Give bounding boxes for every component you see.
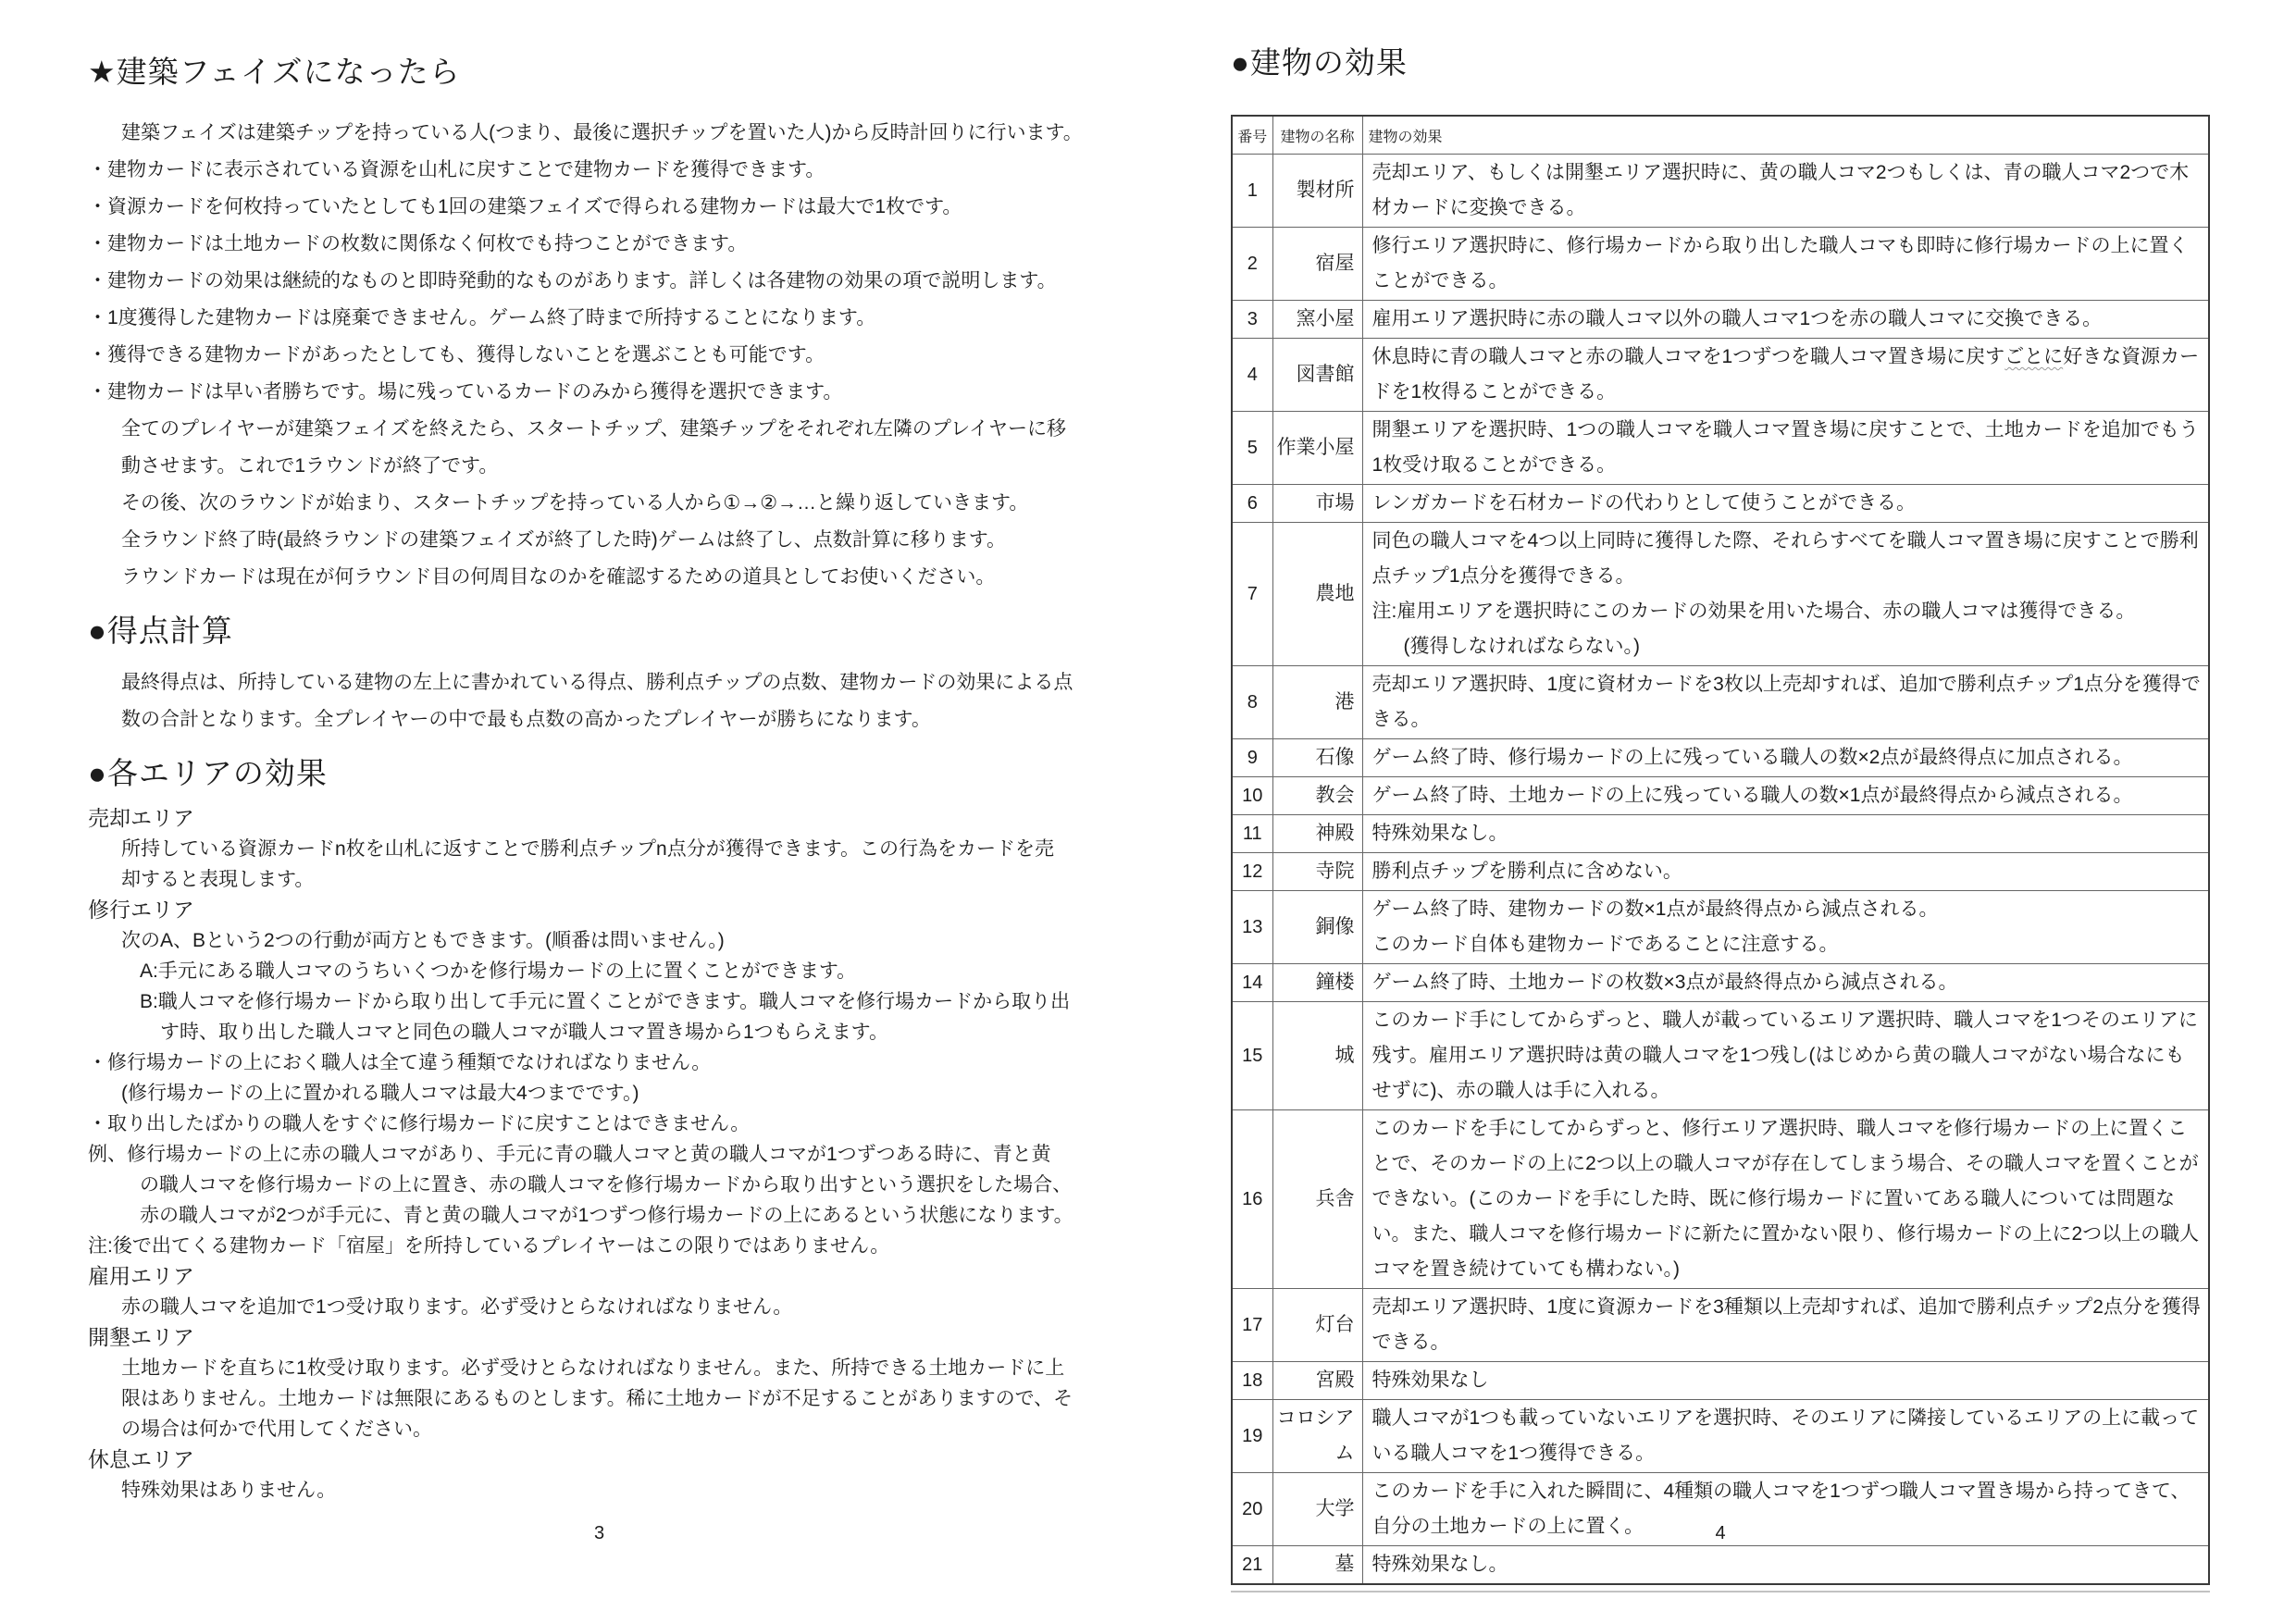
cell-building-effect: ゲーム終了時、建物カードの数×1点が最終得点から減点される。このカード自体も建物… xyxy=(1362,891,2209,964)
text-line: 全てのプレイヤーが建築フェイズを終えたら、スタートチップ、建築チップをそれぞれ左… xyxy=(88,411,1111,448)
cell-number: 19 xyxy=(1232,1400,1272,1473)
text-line: 全ラウンド終了時(最終ラウンドの建築フェイズが終了した時)ゲームは終了し、点数計… xyxy=(88,522,1111,559)
text-line: ・建物カードの効果は継続的なものと即時発動的なものがあります。詳しくは各建物の効… xyxy=(88,263,1111,300)
text-line: ・1度獲得した建物カードは廃棄できません。ゲーム終了時まで所持することになります… xyxy=(88,300,1111,337)
text-line: 最終得点は、所持している建物の左上に書かれている得点、勝利点チップの点数、建物カ… xyxy=(88,664,1111,701)
cell-number: 10 xyxy=(1232,777,1272,815)
area-label: 雇用エリア xyxy=(88,1261,1111,1292)
table-row: 11神殿特殊効果なし。 xyxy=(1232,815,2209,853)
cell-building-name: 石像 xyxy=(1272,739,1362,777)
text-line: ・取り出したばかりの職人をすぐに修行場カードに戻すことはできません。 xyxy=(88,1109,1111,1139)
effect-paragraph: ゲーム終了時、建物カードの数×1点が最終得点から減点される。 xyxy=(1372,892,2203,927)
area-label: 開墾エリア xyxy=(88,1322,1111,1353)
text-line: 特殊効果はありません。 xyxy=(88,1475,1111,1506)
table-row: 14鐘楼ゲーム終了時、土地カードの枚数×3点が最終得点から減点される。 xyxy=(1232,964,2209,1002)
cell-building-effect: 開墾エリアを選択時、1つの職人コマを職人コマ置き場に戻すことで、土地カードを追加… xyxy=(1362,412,2209,485)
cell-building-name: 市場 xyxy=(1272,485,1362,523)
text-line: ・獲得できる建物カードがあったとしても、獲得しないことを選ぶことも可能です。 xyxy=(88,337,1111,374)
section-scoring: ●得点計算最終得点は、所持している建物の左上に書かれている得点、勝利点チップの点… xyxy=(88,613,1111,738)
cell-building-effect: このカード手にしてからずっと、職人が載っているエリア選択時、職人コマを1つそのエ… xyxy=(1362,1002,2209,1110)
cell-building-effect: 同色の職人コマを4つ以上同時に獲得した際、それらすべてを職人コマ置き場に戻すこと… xyxy=(1362,523,2209,666)
effect-paragraph: (獲得しなければならない。) xyxy=(1372,629,2203,664)
table-row: 13銅像ゲーム終了時、建物カードの数×1点が最終得点から減点される。このカード自… xyxy=(1232,891,2209,964)
table-row: 9石像ゲーム終了時、修行場カードの上に残っている職人の数×2点が最終得点に加点さ… xyxy=(1232,739,2209,777)
text-line: (修行場カードの上に置かれる職人コマは最大4つまでです。) xyxy=(88,1078,1111,1109)
cell-building-effect: 売却エリア選択時、1度に資材カードを3枚以上売却すれば、追加で勝利点チップ1点分… xyxy=(1362,666,2209,739)
table-row: 4図書館休息時に青の職人コマと赤の職人コマを1つずつを職人コマ置き場に戻すごとに… xyxy=(1232,339,2209,412)
table-row: 7農地同色の職人コマを4つ以上同時に獲得した際、それらすべてを職人コマ置き場に戻… xyxy=(1232,523,2209,666)
cell-building-name: 灯台 xyxy=(1272,1289,1362,1362)
page-4: ●建物の効果 番号 建物の名称 建物の効果 1製材所売却エリア、もしくは開墾エリ… xyxy=(1231,44,2210,1592)
cell-number: 6 xyxy=(1232,485,1272,523)
text-line: ・建物カードに表示されている資源を山札に戻すことで建物カードを獲得できます。 xyxy=(88,152,1111,189)
cell-building-name: 教会 xyxy=(1272,777,1362,815)
cell-number: 4 xyxy=(1232,339,1272,412)
text-line: B:職人コマを修行場カードから取り出して手元に置くことができます。職人コマを修行… xyxy=(88,986,1111,1017)
effect-paragraph: 売却エリア選択時、1度に資源カードを3種類以上売却すれば、追加で勝利点チップ2点… xyxy=(1372,1290,2203,1360)
section-heading-areas: ●各エリアの効果 xyxy=(88,755,1111,792)
cell-building-effect: 職人コマが1つも載っていないエリアを選択時、そのエリアに隣接しているエリアの上に… xyxy=(1362,1400,2209,1473)
page3-content: 建築フェイズは建築チップを持っている人(つまり、最後に選択チップを置いた人)から… xyxy=(88,115,1111,1506)
page-3: ★建築フェイズになったら 建築フェイズは建築チップを持っている人(つまり、最後に… xyxy=(88,54,1111,1506)
cell-building-effect: 売却エリア、もしくは開墾エリア選択時に、黄の職人コマ2つもしくは、青の職人コマ2… xyxy=(1362,155,2209,228)
cell-building-effect: 売却エリア選択時、1度に資源カードを3種類以上売却すれば、追加で勝利点チップ2点… xyxy=(1362,1289,2209,1362)
cell-number: 17 xyxy=(1232,1289,1272,1362)
cell-building-name: 宿屋 xyxy=(1272,228,1362,301)
effect-paragraph: 売却エリア選択時、1度に資材カードを3枚以上売却すれば、追加で勝利点チップ1点分… xyxy=(1372,667,2203,737)
cell-building-name: 銅像 xyxy=(1272,891,1362,964)
cell-number: 2 xyxy=(1232,228,1272,301)
effect-paragraph: 休息時に青の職人コマと赤の職人コマを1つずつを職人コマ置き場に戻すごとに好きな資… xyxy=(1372,340,2203,410)
cell-building-name: 図書館 xyxy=(1272,339,1362,412)
cell-number: 11 xyxy=(1232,815,1272,853)
page4-number: 4 xyxy=(1231,1523,2210,1544)
text-line: 数の合計となります。全プレイヤーの中で最も点数の高かったプレイヤーが勝ちになりま… xyxy=(88,701,1111,738)
table-row: 12寺院勝利点チップを勝利点に含めない。 xyxy=(1232,853,2209,891)
cell-number: 14 xyxy=(1232,964,1272,1002)
cell-building-name: 港 xyxy=(1272,666,1362,739)
effect-paragraph: 開墾エリアを選択時、1つの職人コマを職人コマ置き場に戻すことで、土地カードを追加… xyxy=(1372,413,2203,483)
cell-building-effect: 特殊効果なし xyxy=(1362,1362,2209,1400)
effect-paragraph: 注:雇用エリアを選択時にこのカードの効果を用いた場合、赤の職人コマは獲得できる。 xyxy=(1372,594,2203,629)
section-areas: ●各エリアの効果売却エリア所持している資源カードn枚を山札に返すことで勝利点チッ… xyxy=(88,755,1111,1506)
page3-number: 3 xyxy=(88,1523,1111,1544)
cell-building-effect: ゲーム終了時、土地カードの枚数×3点が最終得点から減点される。 xyxy=(1362,964,2209,1002)
page4-title: ●建物の効果 xyxy=(1231,44,2210,81)
text-line: 所持している資源カードn枚を山札に返すことで勝利点チップn点分が獲得できます。こ… xyxy=(88,834,1111,864)
cell-building-name: 製材所 xyxy=(1272,155,1362,228)
table-row: 2宿屋修行エリア選択時に、修行場カードから取り出した職人コマも即時に修行場カード… xyxy=(1232,228,2209,301)
col-header-building-name: 建物の名称 xyxy=(1272,116,1362,155)
table-body: 1製材所売却エリア、もしくは開墾エリア選択時に、黄の職人コマ2つもしくは、青の職… xyxy=(1232,155,2209,1585)
text-line: ・建物カードは土地カードの枚数に関係なく何枚でも持つことができます。 xyxy=(88,226,1111,263)
effect-paragraph: このカード自体も建物カードであることに注意する。 xyxy=(1372,927,2203,962)
cell-building-name: 寺院 xyxy=(1272,853,1362,891)
cell-building-name: 農地 xyxy=(1272,523,1362,666)
table-row: 18宮殿特殊効果なし xyxy=(1232,1362,2209,1400)
text-line: 注:後で出てくる建物カード「宿屋」を所持しているプレイヤーはこの限りではありませ… xyxy=(88,1231,1111,1261)
effect-paragraph: このカードを手にしてからずっと、修行エリア選択時、職人コマを修行場カードの上に置… xyxy=(1372,1111,2203,1287)
cell-number: 9 xyxy=(1232,739,1272,777)
table-row: 10教会ゲーム終了時、土地カードの上に残っている職人の数×1点が最終得点から減点… xyxy=(1232,777,2209,815)
text-line: ラウンドカードは現在が何ラウンド目の何周目なのかを確認するための道具としてお使い… xyxy=(88,559,1111,596)
effect-paragraph: 雇用エリア選択時に赤の職人コマ以外の職人コマ1つを赤の職人コマに交換できる。 xyxy=(1372,302,2203,337)
cell-building-name: 城 xyxy=(1272,1002,1362,1110)
cell-number: 15 xyxy=(1232,1002,1272,1110)
cell-building-name: 兵舎 xyxy=(1272,1110,1362,1289)
text-line: 限はありません。土地カードは無限にあるものとします。稀に土地カードが不足すること… xyxy=(88,1383,1111,1414)
cell-building-effect: ゲーム終了時、土地カードの上に残っている職人の数×1点が最終得点から減点される。 xyxy=(1362,777,2209,815)
underlined-text: ごとに xyxy=(2004,346,2063,367)
table-row: 19コロシアム職人コマが1つも載っていないエリアを選択時、そのエリアに隣接してい… xyxy=(1232,1400,2209,1473)
effect-paragraph: ゲーム終了時、修行場カードの上に残っている職人の数×2点が最終得点に加点される。 xyxy=(1372,740,2203,775)
effect-paragraph: 特殊効果なし xyxy=(1372,1363,2203,1398)
cell-building-effect: レンガカードを石材カードの代わりとして使うことができる。 xyxy=(1362,485,2209,523)
cell-building-effect: 勝利点チップを勝利点に含めない。 xyxy=(1362,853,2209,891)
cell-building-name: 作業小屋 xyxy=(1272,412,1362,485)
table-row: 3窯小屋雇用エリア選択時に赤の職人コマ以外の職人コマ1つを赤の職人コマに交換でき… xyxy=(1232,301,2209,339)
text-line: A:手元にある職人コマのうちいくつかを修行場カードの上に置くことができます。 xyxy=(88,956,1111,986)
table-row: 21墓特殊効果なし。 xyxy=(1232,1546,2209,1585)
cell-number: 1 xyxy=(1232,155,1272,228)
table-row: 1製材所売却エリア、もしくは開墾エリア選択時に、黄の職人コマ2つもしくは、青の職… xyxy=(1232,155,2209,228)
table-row: 8港売却エリア選択時、1度に資材カードを3枚以上売却すれば、追加で勝利点チップ1… xyxy=(1232,666,2209,739)
text-line: の職人コマを修行場カードの上に置き、赤の職人コマを修行場カードから取り出すという… xyxy=(88,1170,1111,1200)
text-line: 土地カードを直ちに1枚受け取ります。必ず受けとらなければなりません。また、所持で… xyxy=(88,1353,1111,1383)
text-line: ・建物カードは早い者勝ちです。場に残っているカードのみから獲得を選択できます。 xyxy=(88,374,1111,411)
cell-building-effect: ゲーム終了時、修行場カードの上に残っている職人の数×2点が最終得点に加点される。 xyxy=(1362,739,2209,777)
effect-paragraph: ゲーム終了時、土地カードの上に残っている職人の数×1点が最終得点から減点される。 xyxy=(1372,778,2203,813)
cell-building-name: 窯小屋 xyxy=(1272,301,1362,339)
section-heading-scoring: ●得点計算 xyxy=(88,613,1111,650)
section-build-phase: 建築フェイズは建築チップを持っている人(つまり、最後に選択チップを置いた人)から… xyxy=(88,115,1111,596)
table-row: 5作業小屋開墾エリアを選択時、1つの職人コマを職人コマ置き場に戻すことで、土地カ… xyxy=(1232,412,2209,485)
effect-paragraph: ゲーム終了時、土地カードの枚数×3点が最終得点から減点される。 xyxy=(1372,965,2203,1000)
area-label: 修行エリア xyxy=(88,895,1111,925)
effect-paragraph: このカード手にしてからずっと、職人が載っているエリア選択時、職人コマを1つそのエ… xyxy=(1372,1003,2203,1109)
col-header-building-effect: 建物の効果 xyxy=(1362,116,2209,155)
cell-number: 13 xyxy=(1232,891,1272,964)
text-line: ・資源カードを何枚持っていたとしても1回の建築フェイズで得られる建物カードは最大… xyxy=(88,189,1111,226)
effect-paragraph: 売却エリア、もしくは開墾エリア選択時に、黄の職人コマ2つもしくは、青の職人コマ2… xyxy=(1372,155,2203,226)
building-effects-table: 番号 建物の名称 建物の効果 1製材所売却エリア、もしくは開墾エリア選択時に、黄… xyxy=(1231,115,2210,1585)
table-row: 17灯台売却エリア選択時、1度に資源カードを3種類以上売却すれば、追加で勝利点チ… xyxy=(1232,1289,2209,1362)
cell-building-name: コロシアム xyxy=(1272,1400,1362,1473)
page-edge-shadow-line xyxy=(1231,1591,2210,1592)
effect-paragraph: レンガカードを石材カードの代わりとして使うことができる。 xyxy=(1372,486,2203,521)
effect-paragraph: 特殊効果なし。 xyxy=(1372,1547,2203,1582)
cell-number: 7 xyxy=(1232,523,1272,666)
text-line: の場合は何かで代用してください。 xyxy=(88,1414,1111,1444)
col-header-number: 番号 xyxy=(1232,116,1272,155)
cell-building-effect: 休息時に青の職人コマと赤の職人コマを1つずつを職人コマ置き場に戻すごとに好きな資… xyxy=(1362,339,2209,412)
text-line: 赤の職人コマが2つが手元に、青と黄の職人コマが1つずつ修行場カードの上にあるとい… xyxy=(88,1200,1111,1231)
table-row: 6市場レンガカードを石材カードの代わりとして使うことができる。 xyxy=(1232,485,2209,523)
effect-paragraph: 同色の職人コマを4つ以上同時に獲得した際、それらすべてを職人コマ置き場に戻すこと… xyxy=(1372,524,2203,594)
cell-building-effect: 修行エリア選択時に、修行場カードから取り出した職人コマも即時に修行場カードの上に… xyxy=(1362,228,2209,301)
page3-title: ★建築フェイズになったら xyxy=(88,54,1111,91)
cell-number: 16 xyxy=(1232,1110,1272,1289)
cell-building-name: 墓 xyxy=(1272,1546,1362,1585)
cell-number: 12 xyxy=(1232,853,1272,891)
cell-building-effect: 雇用エリア選択時に赤の職人コマ以外の職人コマ1つを赤の職人コマに交換できる。 xyxy=(1362,301,2209,339)
area-label: 売却エリア xyxy=(88,803,1111,834)
cell-building-name: 神殿 xyxy=(1272,815,1362,853)
table-row: 16兵舎このカードを手にしてからずっと、修行エリア選択時、職人コマを修行場カード… xyxy=(1232,1110,2209,1289)
table-header-row: 番号 建物の名称 建物の効果 xyxy=(1232,116,2209,155)
cell-number: 5 xyxy=(1232,412,1272,485)
cell-number: 3 xyxy=(1232,301,1272,339)
effect-paragraph: 勝利点チップを勝利点に含めない。 xyxy=(1372,854,2203,889)
text-line: 建築フェイズは建築チップを持っている人(つまり、最後に選択チップを置いた人)から… xyxy=(88,115,1111,152)
cell-building-effect: 特殊効果なし。 xyxy=(1362,815,2209,853)
cell-number: 21 xyxy=(1232,1546,1272,1585)
cell-building-effect: このカードを手にしてからずっと、修行エリア選択時、職人コマを修行場カードの上に置… xyxy=(1362,1110,2209,1289)
text-line: 動させます。これで1ラウンドが終了です。 xyxy=(88,448,1111,485)
text-line: 却すると表現します。 xyxy=(88,864,1111,895)
effect-paragraph: 特殊効果なし。 xyxy=(1372,816,2203,851)
table-row: 15城このカード手にしてからずっと、職人が載っているエリア選択時、職人コマを1つ… xyxy=(1232,1002,2209,1110)
text-line: 赤の職人コマを追加で1つ受け取ります。必ず受けとらなければなりません。 xyxy=(88,1292,1111,1322)
cell-building-effect: 特殊効果なし。 xyxy=(1362,1546,2209,1585)
cell-number: 8 xyxy=(1232,666,1272,739)
text-line: その後、次のラウンドが始まり、スタートチップを持っている人から①→②→…と繰り返… xyxy=(88,485,1111,522)
effect-paragraph: 修行エリア選択時に、修行場カードから取り出した職人コマも即時に修行場カードの上に… xyxy=(1372,229,2203,299)
effect-paragraph: 職人コマが1つも載っていないエリアを選択時、そのエリアに隣接しているエリアの上に… xyxy=(1372,1401,2203,1471)
cell-building-name: 鐘楼 xyxy=(1272,964,1362,1002)
text-line: 例、修行場カードの上に赤の職人コマがあり、手元に青の職人コマと黄の職人コマが1つ… xyxy=(88,1139,1111,1170)
cell-building-name: 宮殿 xyxy=(1272,1362,1362,1400)
text-line: 次のA、Bという2つの行動が両方ともできます。(順番は問いません。) xyxy=(88,925,1111,956)
text-line: ・修行場カードの上におく職人は全て違う種類でなければなりません。 xyxy=(88,1047,1111,1078)
text-line: す時、取り出した職人コマと同色の職人コマが職人コマ置き場から1つもらえます。 xyxy=(88,1017,1111,1047)
area-label: 休息エリア xyxy=(88,1444,1111,1475)
cell-number: 18 xyxy=(1232,1362,1272,1400)
